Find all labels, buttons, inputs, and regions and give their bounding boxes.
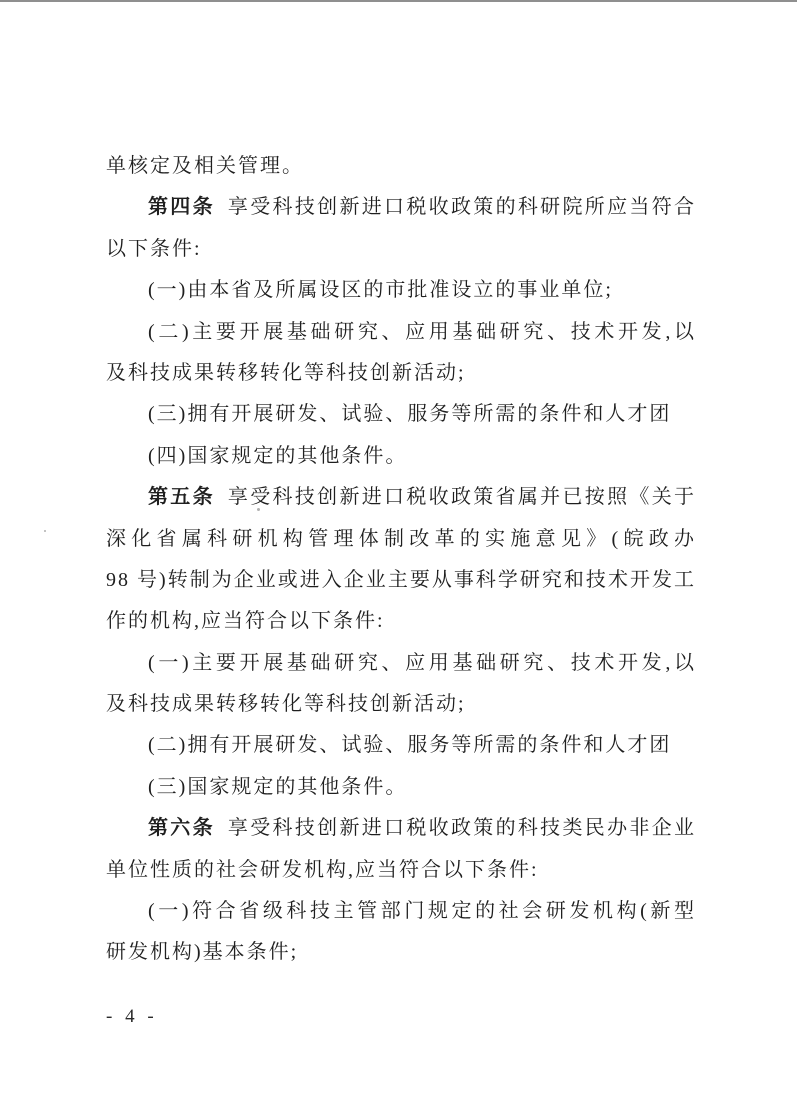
scanned-page: { "colors": { "ink": "#1f1f1f", "paper":…: [0, 0, 797, 1117]
line-text: 单核定及相关管理。: [106, 155, 304, 177]
text-line: 及科技成果转移转化等科技创新活动;: [106, 684, 696, 725]
line-text: 享受科技创新进口税收政策的科技类民办非企业: [228, 817, 696, 839]
text-line: (二)拥有开展研发、试验、服务等所需的条件和人才团队;: [106, 725, 696, 766]
scan-edge-line: [0, 0, 797, 2]
line-text: (一)由本省及所属设区的市批准设立的事业单位;: [148, 279, 613, 301]
line-text: (四)国家规定的其他条件。: [148, 445, 407, 467]
line-text: 享受科技创新进口税收政策省属并已按照《关于: [228, 486, 696, 508]
article-term: 第六条: [148, 817, 215, 839]
text-line: 单位性质的社会研发机构,应当符合以下条件:: [106, 850, 696, 891]
text-line: (三)国家规定的其他条件。: [106, 767, 696, 808]
line-text: 及科技成果转移转化等科技创新活动;: [106, 362, 466, 384]
text-line: (三)拥有开展研发、试验、服务等所需的条件和人才团队;: [106, 394, 696, 435]
text-line: 单核定及相关管理。: [106, 146, 696, 187]
text-line: 研发机构)基本条件;: [106, 932, 696, 973]
line-text: (一)主要开展基础研究、应用基础研究、技术开发,以: [148, 652, 696, 674]
text-line: (一)主要开展基础研究、应用基础研究、技术开发,以: [106, 643, 696, 684]
scan-speck: [257, 508, 260, 511]
line-text: (一)符合省级科技主管部门规定的社会研发机构(新型: [148, 900, 696, 922]
text-line: 以下条件:: [106, 229, 696, 270]
line-text: 深化省属科研机构管理体制改革的实施意见》(皖政办〔2001〕: [106, 528, 696, 560]
page-number: - 4 -: [106, 1006, 158, 1028]
line-text: (二)主要开展基础研究、应用基础研究、技术开发,以: [148, 321, 696, 343]
text-line: (一)由本省及所属设区的市批准设立的事业单位;: [106, 270, 696, 311]
text-line: (一)符合省级科技主管部门规定的社会研发机构(新型: [106, 891, 696, 932]
line-text: 以下条件:: [106, 238, 202, 260]
line-text: 作的机构,应当符合以下条件:: [106, 610, 385, 632]
line-text: (三)拥有开展研发、试验、服务等所需的条件和人才团队;: [148, 403, 671, 435]
line-text: (三)国家规定的其他条件。: [148, 776, 407, 798]
text-line: 深化省属科研机构管理体制改革的实施意见》(皖政办〔2001〕: [106, 519, 696, 560]
text-line: 第四条享受科技创新进口税收政策的科研院所应当符合: [106, 187, 696, 228]
document-body: 单核定及相关管理。 第四条享受科技创新进口税收政策的科研院所应当符合 以下条件:…: [106, 146, 696, 974]
line-text: 单位性质的社会研发机构,应当符合以下条件:: [106, 859, 539, 881]
line-text: 享受科技创新进口税收政策的科研院所应当符合: [228, 196, 696, 218]
line-text: (二)拥有开展研发、试验、服务等所需的条件和人才团队;: [148, 734, 671, 766]
text-line: 98 号)转制为企业或进入企业主要从事科学研究和技术开发工: [106, 560, 696, 601]
scan-speck: [44, 530, 46, 532]
text-line: (四)国家规定的其他条件。: [106, 436, 696, 477]
text-line: 第五条享受科技创新进口税收政策省属并已按照《关于: [106, 477, 696, 518]
text-line: 作的机构,应当符合以下条件:: [106, 601, 696, 642]
line-text: 研发机构)基本条件;: [106, 941, 298, 963]
text-line: 第六条享受科技创新进口税收政策的科技类民办非企业: [106, 808, 696, 849]
text-line: (二)主要开展基础研究、应用基础研究、技术开发,以: [106, 312, 696, 353]
line-text: 98 号)转制为企业或进入企业主要从事科学研究和技术开发工: [106, 569, 696, 591]
line-text: 及科技成果转移转化等科技创新活动;: [106, 693, 466, 715]
article-term: 第五条: [148, 486, 215, 508]
article-term: 第四条: [148, 196, 215, 218]
text-line: 及科技成果转移转化等科技创新活动;: [106, 353, 696, 394]
